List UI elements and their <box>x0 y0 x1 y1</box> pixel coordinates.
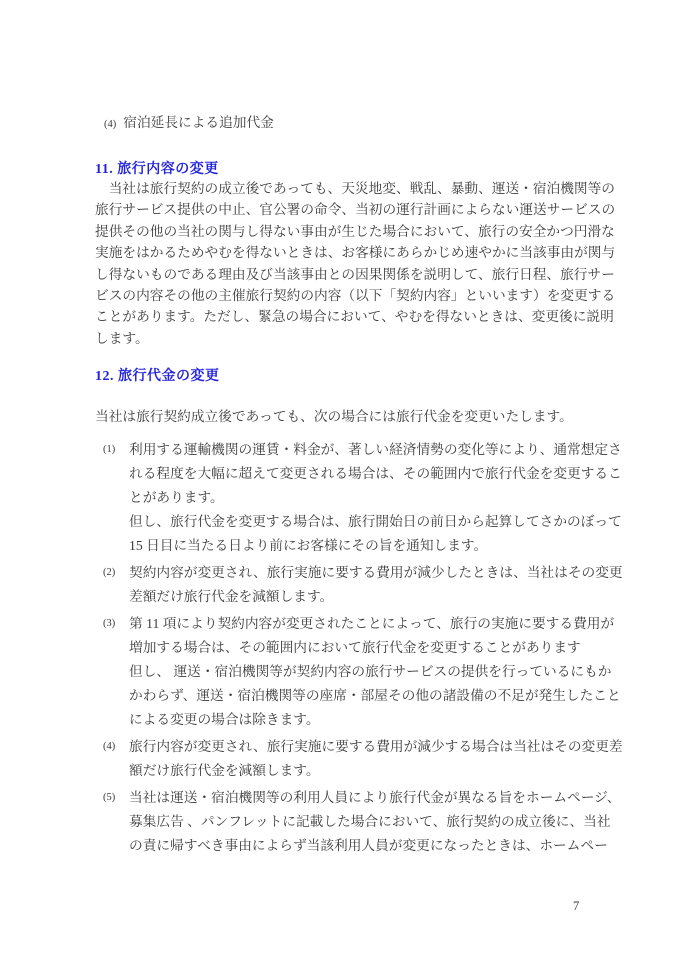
list-item: (2) 契約内容が変更され、旅行実施に要する費用が減少したときは、当社はその変更… <box>129 561 595 609</box>
list-item: (5) 当社は運送・宿泊機関等の利用人員により旅行代金が異なる旨をホームページ、… <box>129 786 595 858</box>
text-line: 実施をはかるためやむを得ないときは、お客様にあらかじめ速やかに当該事由が関与 <box>95 242 595 263</box>
text-line: 額だけ旅行代金を減額します。 <box>129 759 595 783</box>
list-item-number: (2) <box>103 561 115 585</box>
text-line: 提供その他の当社の関与し得ない事由が生じた場合において、旅行の安全かつ円滑な <box>95 221 595 242</box>
list-item-number: (4) <box>103 735 115 759</box>
section-12-heading: 12. 旅行代金の変更 <box>95 367 220 387</box>
list-item-text: 利用する運輸機関の運賃・料金が、著しい経済情勢の変化等により、通常想定される程度… <box>129 438 595 558</box>
text-line: 増加する場合は、その範囲内において旅行代金を変更することがあります <box>129 636 595 660</box>
text-line: 旅行内容が変更され、旅行実施に要する費用が減少する場合は当社はその変更差 <box>129 735 595 759</box>
text-line: 利用する運輸機関の運賃・料金が、著しい経済情勢の変化等により、通常想定さ <box>129 438 595 462</box>
list-item-text: 旅行内容が変更され、旅行実施に要する費用が減少する場合は当社はその変更差額だけ旅… <box>129 735 595 783</box>
text-line: 15 日目に当たる日より前にお客様にその旨を通知します。 <box>129 534 595 558</box>
text-line: による変更の場合は除きます。 <box>129 708 595 732</box>
text-line: の責に帰すべき事由によらず当該利用人員が変更になったときは、ホームペー <box>129 834 595 858</box>
list-item-text: 当社は運送・宿泊機関等の利用人員により旅行代金が異なる旨をホームページ、募集広告… <box>129 786 595 858</box>
text-line: 募集広告 、パンフレットに記載した場合において、旅行契約の成立後に、当社 <box>129 810 595 834</box>
text-line: かわらず、運送・宿泊機関等の座席・部屋その他の諸設備の不足が発生したこと <box>129 684 595 708</box>
page-number: 7 <box>573 898 579 914</box>
text-line: とがあります。 <box>129 486 595 510</box>
list-item-4-previous-section: (4)宿泊延長による追加代金 <box>104 113 274 135</box>
section-11-paragraph: 当社は旅行契約の成立後であっても、天災地変、戦乱、暴動、運送・宿泊機関等の旅行サ… <box>95 178 595 349</box>
text-line: 旅行サービス提供の中止、官公署の命令、当初の運行計画によらない運送サービスの <box>95 199 595 220</box>
text-line: 第 11 項により契約内容が変更されたことによって、旅行の実施に要する費用が <box>129 612 595 636</box>
list-item-text: 宿泊延長による追加代金 <box>123 115 274 130</box>
text-line: ことがあります。ただし、緊急の場合において、やむを得ないときは、変更後に説明 <box>95 306 595 327</box>
list-item-number: (5) <box>103 786 115 810</box>
list-item-number: (4) <box>104 119 116 130</box>
list-item: (1) 利用する運輸機関の運賃・料金が、著しい経済情勢の変化等により、通常想定さ… <box>129 438 595 558</box>
text-line: れる程度を大幅に超えて変更される場合は、その範囲内で旅行代金を変更するこ <box>129 462 595 486</box>
document-page: (4)宿泊延長による追加代金 11. 旅行内容の変更 当社は旅行契約の成立後であ… <box>0 0 680 962</box>
list-item: (4) 旅行内容が変更され、旅行実施に要する費用が減少する場合は当社はその変更差… <box>129 735 595 783</box>
section-12-list: (1) 利用する運輸機関の運賃・料金が、著しい経済情勢の変化等により、通常想定さ… <box>129 438 595 861</box>
list-item: (3) 第 11 項により契約内容が変更されたことによって、旅行の実施に要する費… <box>129 612 595 732</box>
text-line: 契約内容が変更され、旅行実施に要する費用が減少したときは、当社はその変更 <box>129 561 595 585</box>
list-item-number: (1) <box>103 438 115 462</box>
text-line: 当社は運送・宿泊機関等の利用人員により旅行代金が異なる旨をホームページ、 <box>129 786 595 810</box>
text-line: ビスの内容その他の主催旅行契約の内容（以下「契約内容」といいます）を変更する <box>95 285 595 306</box>
list-item-number: (3) <box>103 612 115 636</box>
section-12-intro: 当社は旅行契約成立後であっても、次の場合には旅行代金を変更いたします。 <box>95 407 595 427</box>
text-line: 但し、 運送・宿泊機関等が契約内容の旅行サービスの提供を行っているにもか <box>129 660 595 684</box>
text-line: し得ないものである理由及び当該事由との因果関係を説明して、旅行日程、旅行サー <box>95 264 595 285</box>
text-line: 当社は旅行契約の成立後であっても、天災地変、戦乱、暴動、運送・宿泊機関等の <box>95 178 595 199</box>
list-item-text: 第 11 項により契約内容が変更されたことによって、旅行の実施に要する費用が増加… <box>129 612 595 732</box>
list-item-text: 契約内容が変更され、旅行実施に要する費用が減少したときは、当社はその変更差額だけ… <box>129 561 595 609</box>
text-line: 但し、旅行代金を変更する場合は、旅行開始日の前日から起算してさかのぼって <box>129 510 595 534</box>
text-line: します。 <box>95 328 595 349</box>
text-line: 差額だけ旅行代金を減額します。 <box>129 585 595 609</box>
section-11-heading: 11. 旅行内容の変更 <box>95 160 219 180</box>
